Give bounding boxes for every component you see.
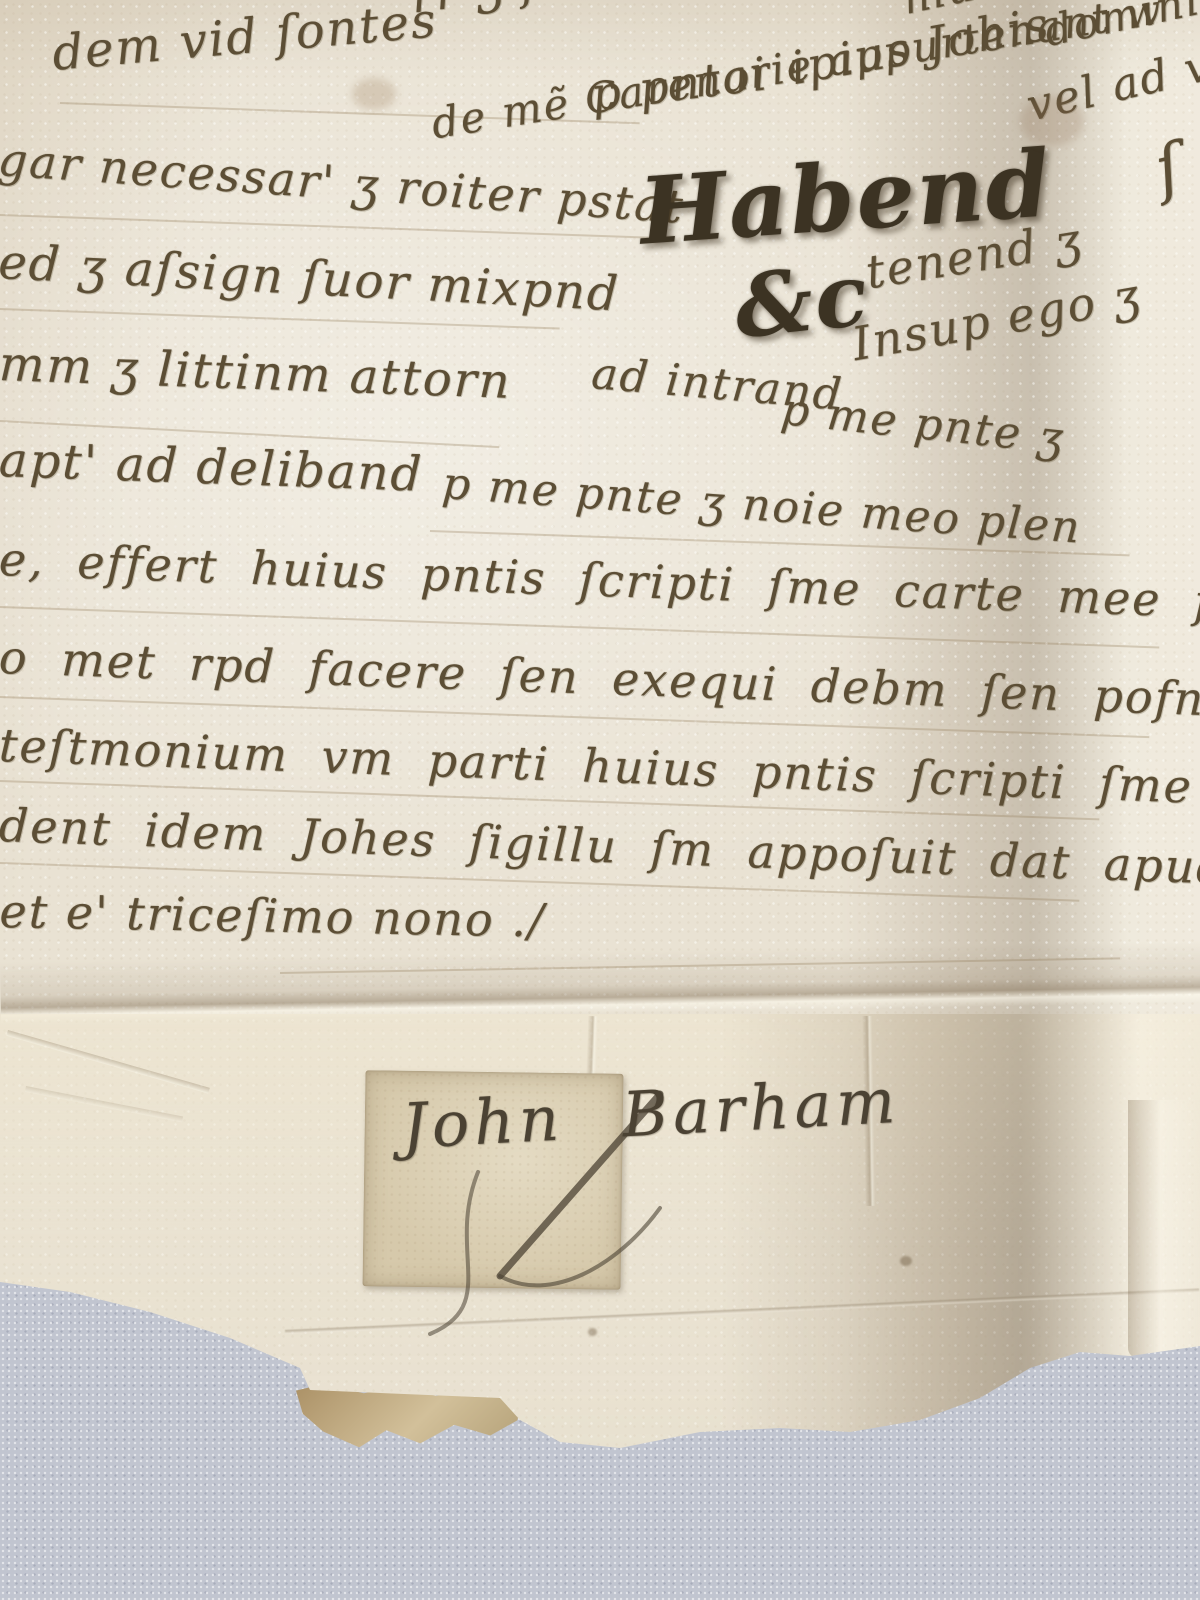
manuscript-line-fragment: p me pnte ʒ [779,384,1068,465]
parchment-curl [1128,1100,1200,1358]
manuscript-line-fragment: ſ [1148,130,1191,208]
manuscript-line: o met rpd facere ſen exequi debm ſen pof… [0,630,1200,729]
manuscript-line-fragment: rr ʒ ſonta [408,0,652,24]
photo-of-vellum-deed: rr ʒ ſonta nius pns domini dem vid ſonte… [0,0,1200,1600]
ink-stain [352,78,396,110]
manuscript-line-fragment: p me pnte ʒ noie meo plen [440,458,1083,554]
manuscript-line-fragment: mm ʒ littinm attorn [0,336,513,410]
ink-stain [1020,96,1084,146]
manuscript-line-fragment: dem vid ſontes [50,0,440,82]
manuscript-line-dating-clause: et e' triceſimo nono ./ [0,884,546,948]
parchment-sheet: rr ʒ ſonta nius pns domini dem vid ſonte… [0,0,1200,1600]
manuscript-line-fragment: apt' ad deliband [0,432,424,503]
manuscript-line: dent idem Johes ſigillu ſm appoſuit dat … [0,798,1200,895]
manuscript-line-fragment: ed ʒ aſsign ſuor mixpnd [0,234,621,322]
fold-crease [0,941,1200,1024]
